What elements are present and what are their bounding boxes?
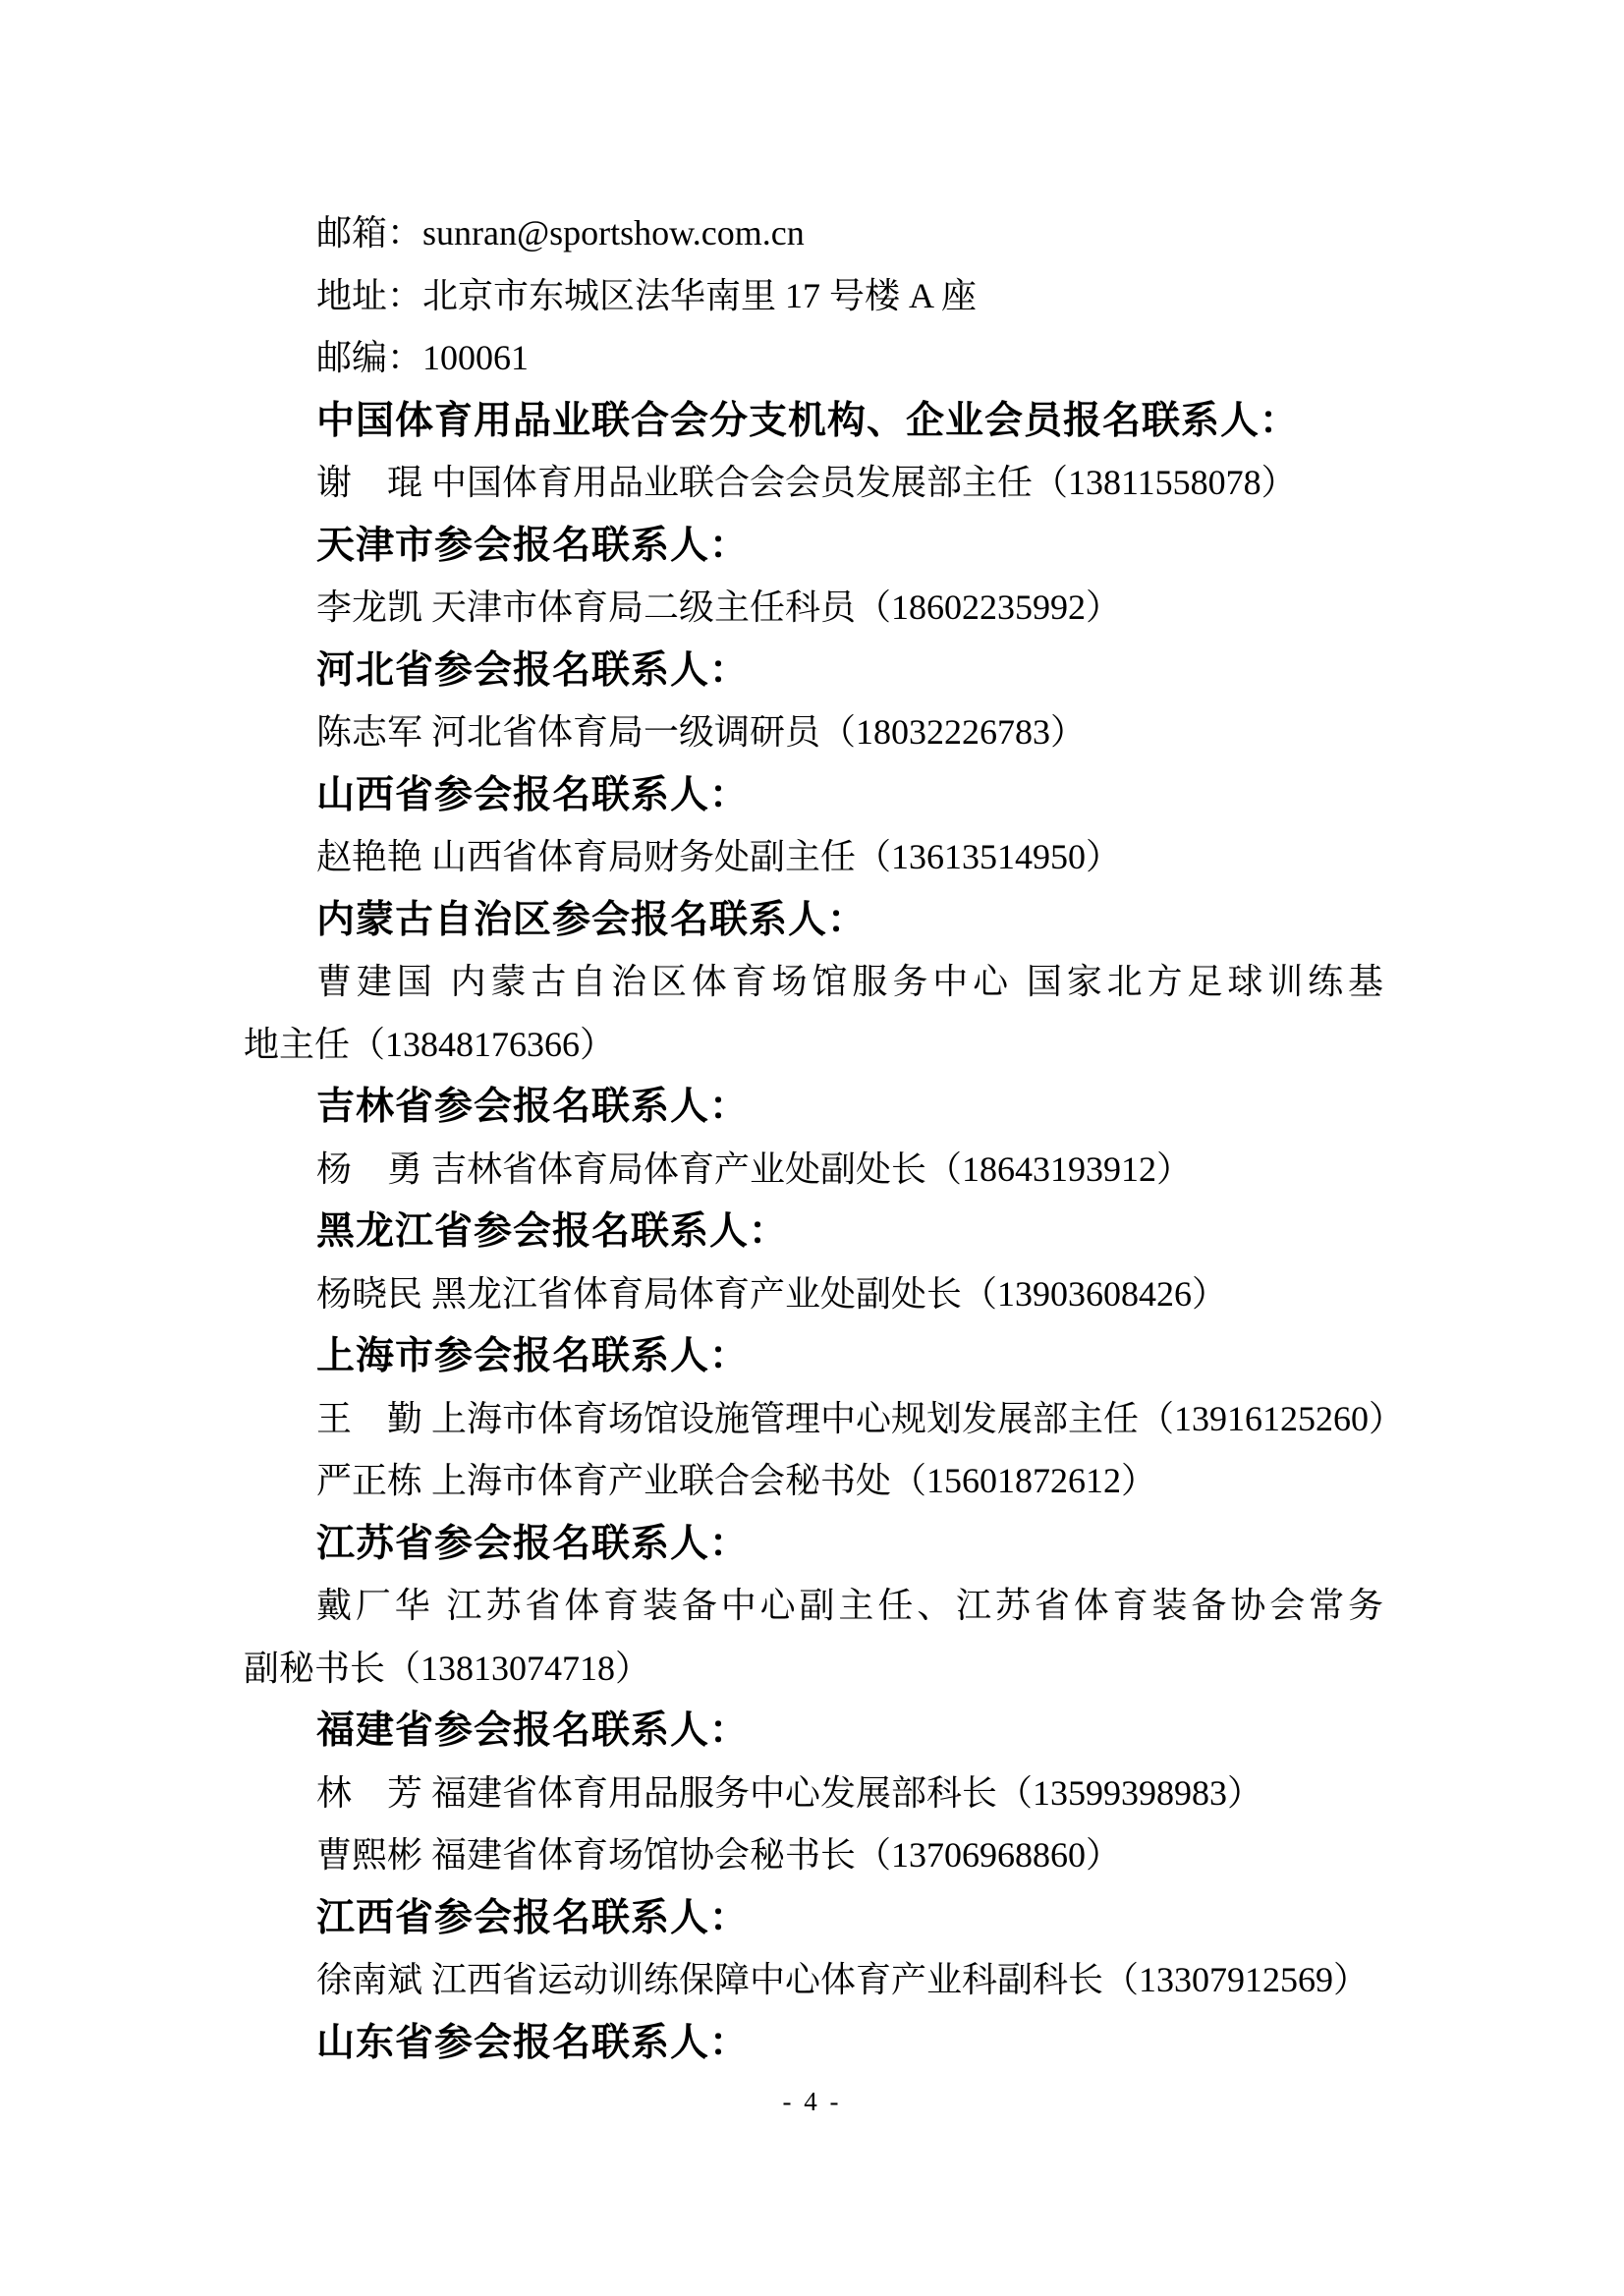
contact-line-jiangsu: 戴厂华 江苏省体育装备中心副主任、江苏省体育装备协会常务: [244, 1575, 1383, 1638]
contact-line-jilin: 杨 勇 吉林省体育局体育产业处副处长（18643193912）: [244, 1139, 1383, 1202]
section-header-shanghai: 上海市参会报名联系人：: [244, 1325, 1383, 1388]
contact-line-fujian-1: 林 芳 福建省体育用品服务中心发展部科长（13599398983）: [244, 1763, 1383, 1825]
section-header-heilongjiang: 黑龙江省参会报名联系人：: [244, 1201, 1383, 1263]
contact-line-hebei: 陈志军 河北省体育局一级调研员（18032226783）: [244, 701, 1383, 764]
contact-line-shanghai-2: 严正栋 上海市体育产业联合会秘书处（15601872612）: [244, 1450, 1383, 1513]
contact-line-heilongjiang: 杨晓民 黑龙江省体育局体育产业处副处长（13903608426）: [244, 1263, 1383, 1326]
document-body: 邮箱：sunran@sportshow.com.cn 地址：北京市东城区法华南里…: [244, 202, 1383, 2074]
section-header-tianjin: 天津市参会报名联系人：: [244, 515, 1383, 578]
contact-line-fujian-2: 曹熙彬 福建省体育场馆协会秘书长（13706968860）: [244, 1824, 1383, 1887]
section-header-shandong: 山东省参会报名联系人：: [244, 2012, 1383, 2075]
contact-line-jiangxi: 徐南斌 江西省运动训练保障中心体育产业科副科长（13307912569）: [244, 1949, 1383, 2012]
contact-line-neimenggu: 曹建国 内蒙古自治区体育场馆服务中心 国家北方足球训练基: [244, 951, 1383, 1014]
section-header-hebei: 河北省参会报名联系人：: [244, 640, 1383, 702]
email-line: 邮箱：sunran@sportshow.com.cn: [244, 202, 1383, 265]
document-page: 邮箱：sunran@sportshow.com.cn 地址：北京市东城区法华南里…: [0, 0, 1624, 2296]
contact-line-neimenggu-continuation: 地主任（13848176366）: [244, 1014, 1383, 1077]
section-header-shanxi: 山西省参会报名联系人：: [244, 764, 1383, 827]
address-line: 地址：北京市东城区法华南里 17 号楼 A 座: [244, 265, 1383, 328]
contact-line-shanghai-1: 王 勤 上海市体育场馆设施管理中心规划发展部主任（13916125260）: [244, 1388, 1383, 1451]
section-header-neimenggu: 内蒙古自治区参会报名联系人：: [244, 889, 1383, 952]
section-header-jiangxi: 江西省参会报名联系人：: [244, 1887, 1383, 1950]
section-header-jiangsu: 江苏省参会报名联系人：: [244, 1513, 1383, 1576]
contact-line-tianjin: 李龙凯 天津市体育局二级主任科员（18602235992）: [244, 577, 1383, 640]
section-header-jilin: 吉林省参会报名联系人：: [244, 1076, 1383, 1139]
contact-line-csgf: 谢 琨 中国体育用品业联合会会员发展部主任（13811558078）: [244, 452, 1383, 515]
section-header-csgf-members: 中国体育用品业联合会分支机构、企业会员报名联系人：: [244, 390, 1383, 453]
postcode-line: 邮编：100061: [244, 327, 1383, 390]
contact-line-jiangsu-continuation: 副秘书长（13813074718）: [244, 1638, 1383, 1701]
page-number: - 4 -: [0, 2087, 1624, 2117]
section-header-fujian: 福建省参会报名联系人：: [244, 1700, 1383, 1763]
contact-line-shanxi: 赵艳艳 山西省体育局财务处副主任（13613514950）: [244, 826, 1383, 889]
